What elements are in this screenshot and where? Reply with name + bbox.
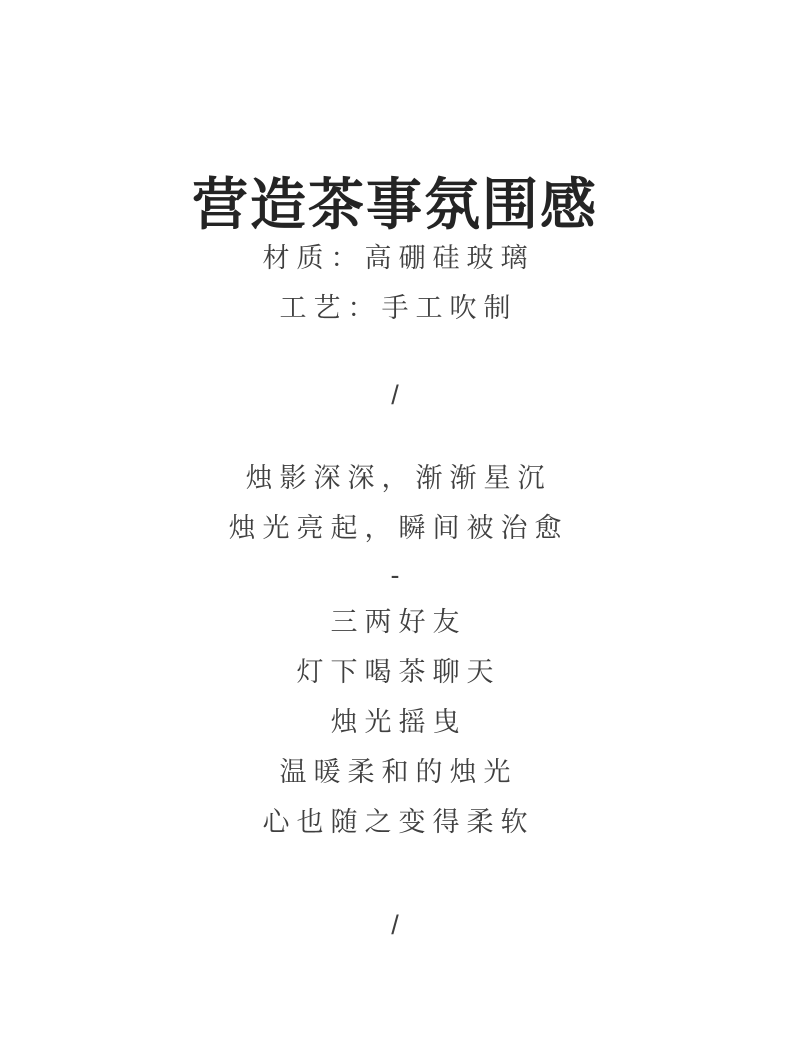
- product-description-page: 营造茶事氛围感 材质：高硼硅玻璃 工艺：手工吹制 / 烛影深深，渐渐星沉 烛光亮…: [0, 0, 790, 1048]
- verse-line-2: 灯下喝茶聊天: [0, 654, 790, 690]
- page-title: 营造茶事氛围感: [0, 166, 790, 246]
- verse-line-4: 温暖柔和的烛光: [0, 754, 790, 790]
- verse-line-3: 烛光摇曳: [0, 704, 790, 740]
- tagline-line-2: 烛光亮起，瞬间被治愈: [0, 510, 790, 546]
- verse-line-1: 三两好友: [0, 604, 790, 640]
- spec-material: 材质：高硼硅玻璃: [0, 240, 790, 276]
- spec-craft: 工艺：手工吹制: [0, 290, 790, 326]
- divider-slash-top: /: [0, 377, 790, 413]
- tagline-line-1: 烛影深深，渐渐星沉: [0, 460, 790, 496]
- divider-slash-bottom: /: [0, 907, 790, 943]
- verse-line-5: 心也随之变得柔软: [0, 804, 790, 840]
- divider-dash: -: [0, 557, 790, 593]
